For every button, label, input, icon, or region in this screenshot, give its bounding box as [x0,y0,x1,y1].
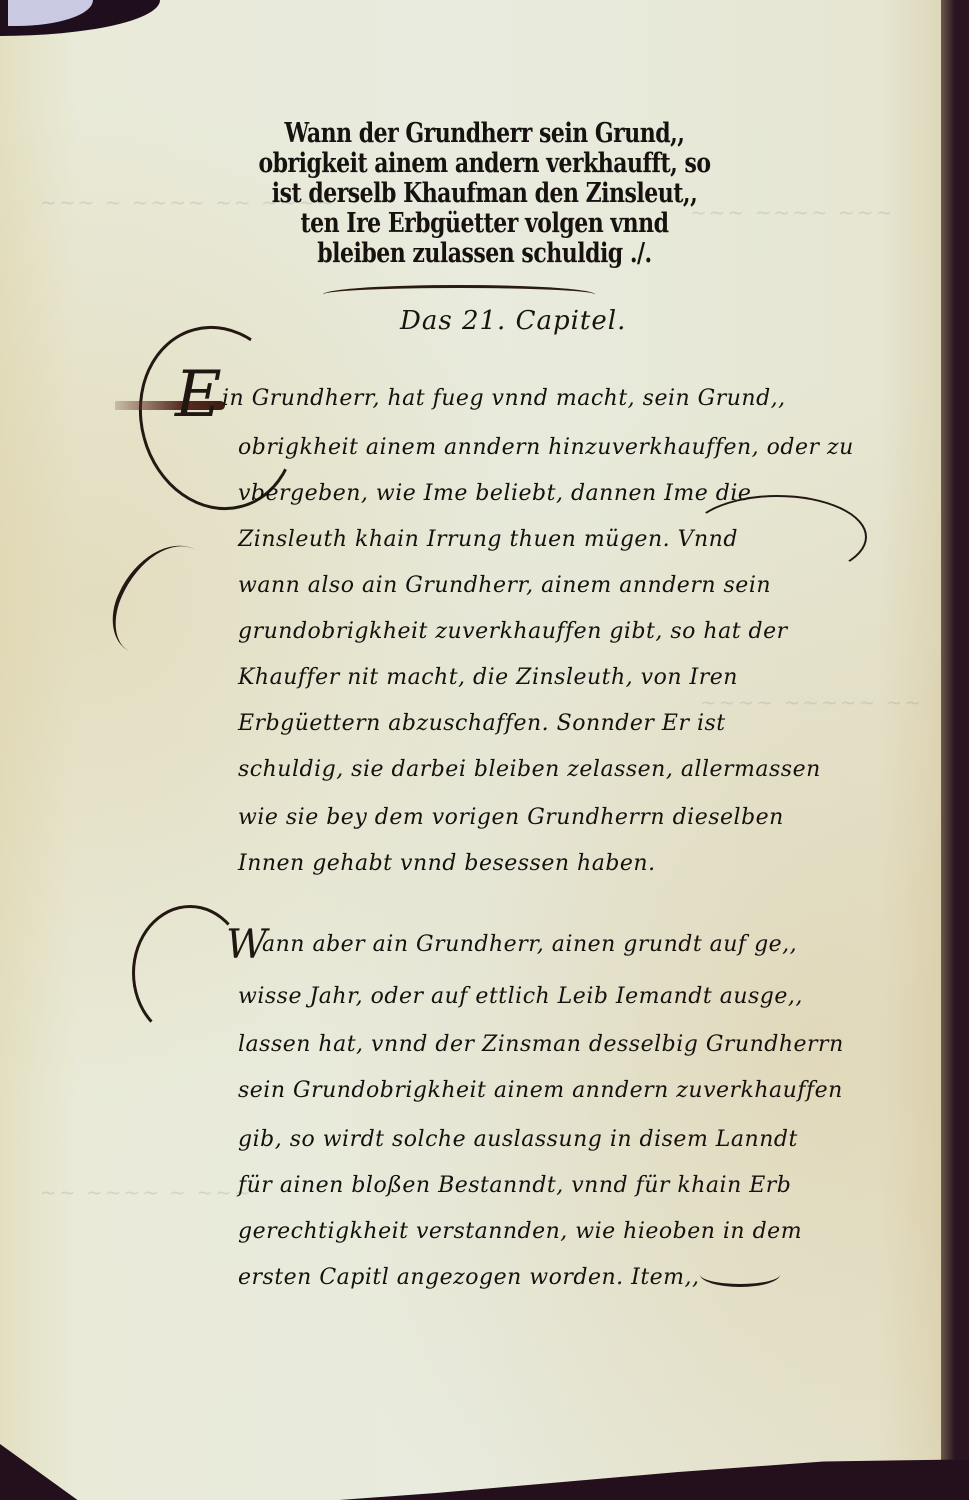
heading-line: ten Ire Erbgüetter volgen vnnd [0,208,969,238]
page-bottom-edge [0,1430,969,1500]
text-line: für ainen bloßen Bestanndt, vnnd für kha… [238,1173,791,1198]
text-line: lassen hat, vnnd der Zinsman desselbig G… [238,1032,844,1057]
bleed-through-text: ~~~~ ~~~~~ ~~ [700,690,923,714]
text-line: ann aber ain Grundherr, ainen grundt auf… [262,932,797,957]
heading-line: obrigkeit ainem andern verkhaufft, so [0,148,969,178]
heading-line: bleiben zulassen schuldig ./. [0,238,969,268]
chapter-heading: Wann der Grundherr sein Grund,, obrigkei… [0,118,969,268]
text-line: vbergeben, wie Ime beliebt, dannen Ime d… [238,481,751,506]
text-line: schuldig, sie darbei bleiben zelassen, a… [238,757,821,782]
text-line: gib, so wirdt solche auslassung in disem… [238,1127,798,1152]
line-end-flourish [700,1262,780,1287]
text-line: in Grundherr, hat fueg vnnd macht, sein … [222,386,786,411]
text-line: Zinsleuth khain Irrung thuen mügen. Vnnd [238,527,738,552]
chapter-label: Das 21. Capitel. [400,306,626,336]
torn-corner [0,0,160,36]
decorated-initial: E [175,358,222,432]
bleed-through-text: ~~ ~~~~ ~ ~~~ [40,1180,253,1204]
text-line: gerechtigkheit verstannden, wie hieoben … [238,1219,802,1244]
text-line: wann also ain Grundherr, ainem anndern s… [238,573,771,598]
text-line: ersten Capitl angezogen worden. Item,, [238,1265,700,1290]
chapter-flourish [323,285,595,304]
heading-line: ist derselb Khaufman den Zinsleut,, [0,178,969,208]
text-line: wie sie bey dem vorigen Grundherrn diese… [238,805,784,830]
descender-flourish [99,528,226,672]
text-line: obrigkheit ainem anndern hinzuverkhauffe… [238,435,854,460]
text-line: sein Grundobrigkheit ainem anndern zuver… [238,1078,843,1103]
heading-line: Wann der Grundherr sein Grund,, [0,118,969,148]
text-line: grundobrigkheit zuverkhauffen gibt, so h… [238,619,788,644]
decorated-initial: W [226,922,267,968]
text-line: Khauffer nit macht, die Zinsleuth, von I… [238,665,738,690]
manuscript-page: ~~~ ~ ~~~~ ~~ ~~~~ ~~~ ~~~~ ~~~ ~~~~ ~~~… [0,0,955,1500]
text-line: Innen gehabt vnnd besessen haben. [238,851,656,876]
text-line: wisse Jahr, oder auf ettlich Leib Iemand… [238,984,803,1009]
text-line: Erbgüettern abzuschaffen. Sonnder Er ist [238,711,726,736]
